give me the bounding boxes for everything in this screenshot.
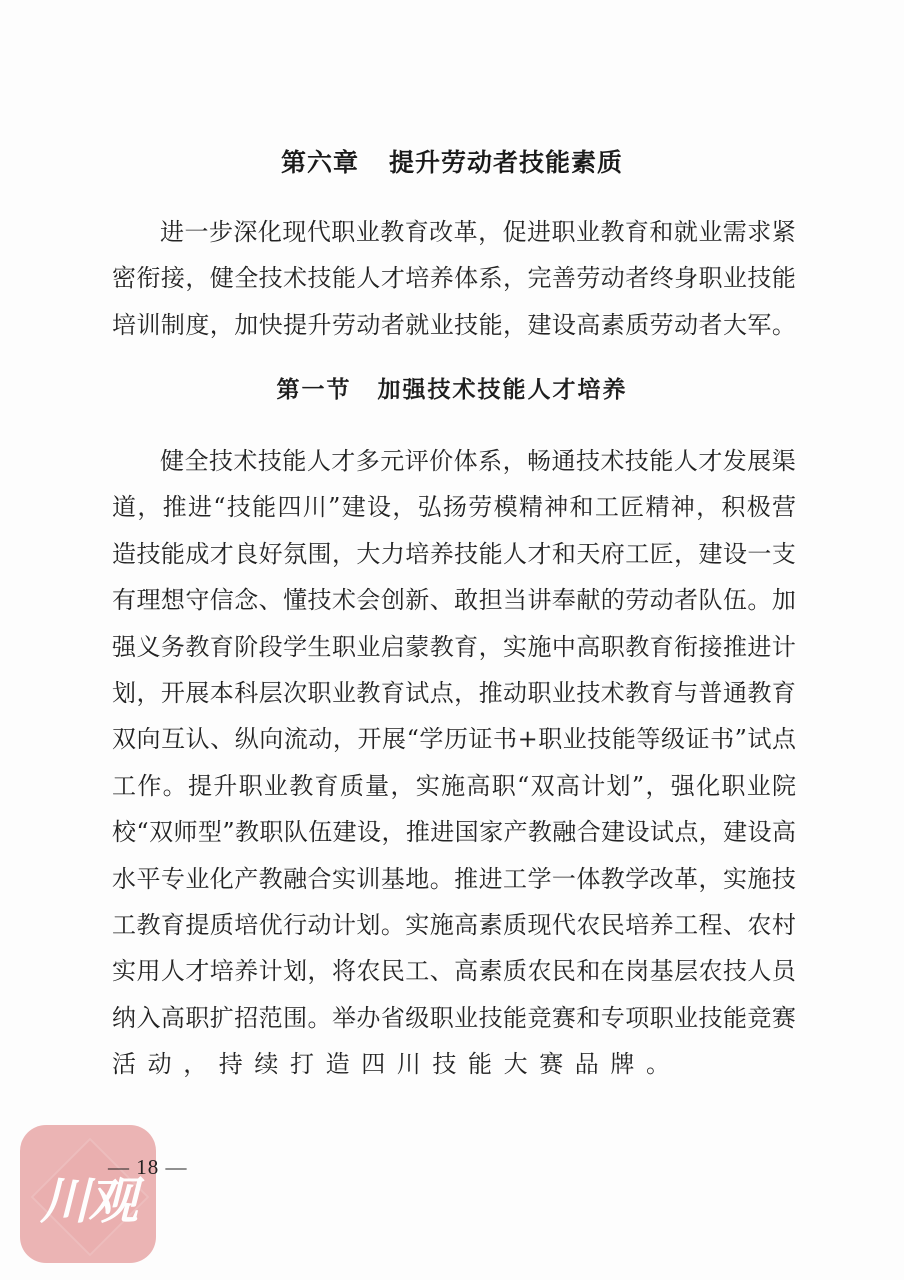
chapter-title: 提升劳动者技能素质 bbox=[389, 148, 623, 177]
paragraph-line: 培训制度，加快提升劳动者就业技能，建设高素质劳动者大军。 bbox=[112, 302, 796, 348]
paragraph-line: 健全技术技能人才多元评价体系，畅通技术技能人才发展渠 bbox=[112, 438, 796, 484]
paragraph-line: 双向互认、纵向流动，开展“学历证书+职业技能等级证书”试点 bbox=[112, 716, 796, 762]
paragraph-line: 道，推进“技能四川”建设，弘扬劳模精神和工匠精神，积极营 bbox=[112, 484, 796, 530]
paragraph-line: 实用人才培养计划，将农民工、高素质农民和在岗基层农技人员 bbox=[112, 948, 796, 994]
paragraph-line: 活动，持续打造四川技能大赛品牌。 bbox=[112, 1041, 796, 1087]
section-paragraph: 健全技术技能人才多元评价体系，畅通技术技能人才发展渠 道，推进“技能四川”建设，… bbox=[112, 438, 796, 1087]
section-heading: 第一节加强技术技能人才培养 bbox=[0, 372, 904, 408]
paragraph-line: 纳入高职扩招范围。举办省级职业技能竞赛和专项职业技能竞赛 bbox=[112, 995, 796, 1041]
paragraph-line: 工教育提质培优行动计划。实施高素质现代农民培养工程、农村 bbox=[112, 902, 796, 948]
chapter-heading: 第六章提升劳动者技能素质 bbox=[0, 145, 904, 181]
chuanguan-watermark-logo: 川观 bbox=[20, 1125, 156, 1263]
paragraph-line: 有理想守信念、懂技术会创新、敢担当讲奉献的劳动者队伍。加 bbox=[112, 577, 796, 623]
paragraph-line: 工作。提升职业教育质量，实施高职“双高计划”，强化职业院 bbox=[112, 763, 796, 809]
paragraph-line: 强义务教育阶段学生职业启蒙教育，实施中高职教育衔接推进计 bbox=[112, 624, 796, 670]
paragraph-line: 划，开展本科层次职业教育试点，推动职业技术教育与普通教育 bbox=[112, 670, 796, 716]
section-title: 加强技术技能人才培养 bbox=[378, 376, 628, 403]
paragraph-line: 密衔接，健全技术技能人才培养体系，完善劳动者终身职业技能 bbox=[112, 255, 796, 301]
paragraph-line: 造技能成才良好氛围，大力培养技能人才和天府工匠，建设一支 bbox=[112, 531, 796, 577]
paragraph-line: 进一步深化现代职业教育改革，促进职业教育和就业需求紧 bbox=[112, 209, 796, 255]
paragraph-line: 水平专业化产教融合实训基地。推进工学一体教学改革，实施技 bbox=[112, 856, 796, 902]
section-number: 第一节 bbox=[277, 376, 352, 403]
chapter-number: 第六章 bbox=[281, 148, 359, 177]
intro-paragraph: 进一步深化现代职业教育改革，促进职业教育和就业需求紧 密衔接，健全技术技能人才培… bbox=[112, 209, 796, 348]
document-page: 第六章提升劳动者技能素质 进一步深化现代职业教育改革，促进职业教育和就业需求紧 … bbox=[0, 0, 904, 1280]
page-number: — 18 — bbox=[108, 1155, 188, 1180]
paragraph-line: 校“双师型”教职队伍建设，推进国家产教融合建设试点，建设高 bbox=[112, 809, 796, 855]
